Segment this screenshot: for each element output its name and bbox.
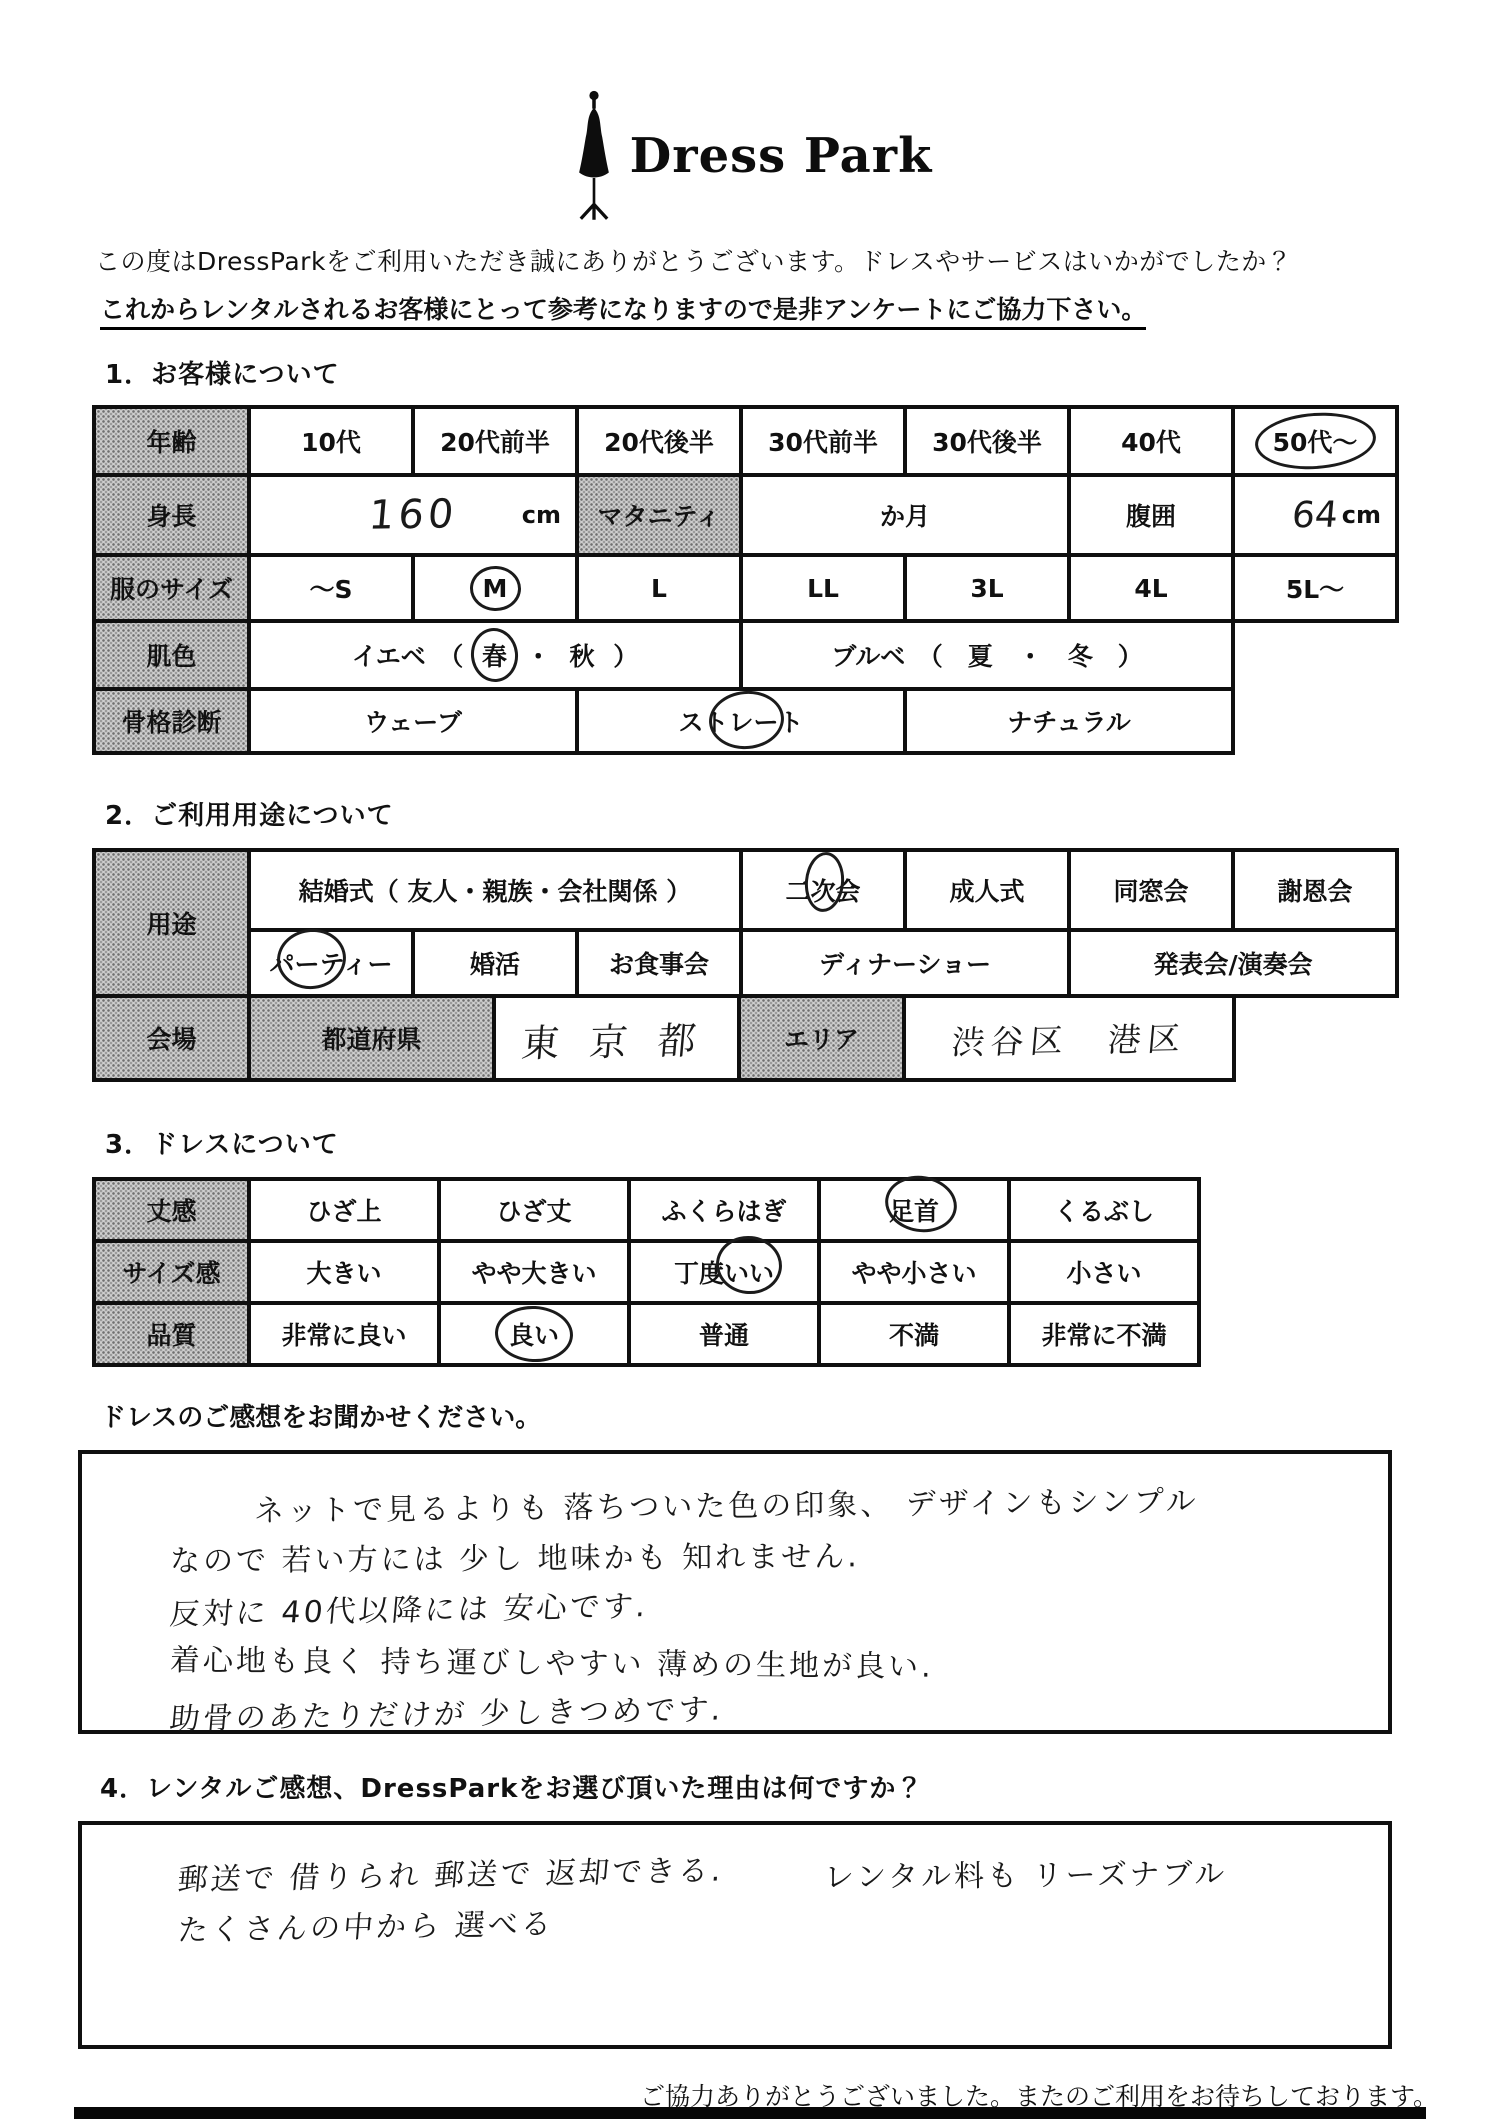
age-option-late20s: 20代後半 [577, 407, 741, 475]
quality-option-normal: 普通 [629, 1303, 819, 1365]
dress-comment-line: 着心地も良く 持ち運びしやすい 薄めの生地が良い. [82, 1634, 934, 1693]
age-option-50s-selected: 50代～ [1233, 407, 1397, 475]
maternity-label-cell: マタニティ [577, 475, 741, 555]
fit-option-just-right-selected: 丁度いい [629, 1241, 819, 1303]
selection-circle-mark: パーティー [269, 945, 392, 981]
yellow-base-text: イエベ （ [352, 642, 464, 671]
customer-table-bottom: 肌色 イエベ （ 春 ・ 秋 ） ブルベ （ 夏 ・ 冬 ） 骨格診断 ウェーブ… [92, 619, 1235, 755]
paren-text: ） [613, 642, 638, 671]
brand-text: Dress Park [630, 128, 933, 184]
quality-option-unsatisfied: 不満 [819, 1303, 1009, 1365]
rental-comment-box: 郵送で 借りられ 郵送で 返却できる. レンタル料も リーズナブル たくさんの中… [78, 1821, 1392, 2049]
quality-option-very-good: 非常に良い [249, 1303, 439, 1365]
age-label-cell: 年齢 [94, 407, 249, 475]
venue-table: 会場 都道府県 東京都 エリア 渋谷区 港区 [92, 994, 1236, 1082]
dress-comment-line: なので 若い方には 少し 地味かも 知れません. [82, 1531, 860, 1588]
fit-label-cell: サイズ感 [94, 1241, 249, 1303]
fit-option-big: 大きい [249, 1241, 439, 1303]
purpose-option-wedding: 結婚式（ 友人・親族・会社関係 ） [249, 850, 741, 930]
intro-thanks-text: この度はDressParkをご利用いただき誠にありがとうございます。ドレスやサー… [95, 242, 1500, 278]
length-row: 丈感 ひざ上 ひざ丈 ふくらはぎ 足首 くるぶし [94, 1179, 1199, 1241]
skeleton-option-natural: ナチュラル [905, 689, 1233, 753]
logo: Dress Park [0, 86, 1500, 226]
dress-comment-box: ネットで見るよりも 落ちついた色の印象、 デザインもシンプル なので 若い方には… [78, 1450, 1392, 1734]
section3-heading: 3．ドレスについて [105, 1124, 1500, 1161]
height-value-cell: 160 cm [249, 475, 577, 555]
size-option-m-selected: M [413, 555, 577, 621]
area-handwritten-value: 渋谷区 港区 [950, 1012, 1189, 1063]
section4-heading: 4．レンタルご感想、DressParkをお選び頂いた理由は何ですか？ [100, 1768, 1500, 1805]
purpose-option-dinner-show: ディナーショー [741, 930, 1069, 996]
purpose-option-coming-of-age: 成人式 [905, 850, 1069, 930]
purpose-option-reunion: 同窓会 [1069, 850, 1233, 930]
waist-unit-label: cm [1342, 501, 1381, 529]
quality-row: 品質 非常に良い 良い 普通 不満 非常に不満 [94, 1303, 1199, 1365]
prefecture-handwritten-value: 東京都 [504, 1009, 728, 1068]
age-option-late30s: 30代後半 [905, 407, 1069, 475]
purpose-option-recital: 発表会/演奏会 [1069, 930, 1397, 996]
fit-option-small: 小さい [1009, 1241, 1199, 1303]
length-option-knee: ひざ丈 [439, 1179, 629, 1241]
size-option-3l: 3L [905, 555, 1069, 621]
selection-circle-mark: 50代～ [1273, 423, 1358, 459]
venue-label-cell: 会場 [94, 996, 249, 1080]
skin-tone-blue-cell: ブルベ （ 夏 ・ 冬 ） [741, 621, 1233, 689]
age-row: 年齢 10代 20代前半 20代後半 30代前半 30代後半 40代 50代～ [94, 407, 1397, 475]
quality-option-very-unsatisfied: 非常に不満 [1009, 1303, 1199, 1365]
waist-value-cell: 64 cm [1233, 475, 1397, 555]
length-option-calf: ふくらはぎ [629, 1179, 819, 1241]
height-label-cell: 身長 [94, 475, 249, 555]
age-option-10s: 10代 [249, 407, 413, 475]
dress-comment-line: 反対に 40代以降には 安心です. [79, 1581, 650, 1643]
length-option-ankle-selected: 足首 [819, 1179, 1009, 1241]
size-row: 服のサイズ ～S M L LL 3L 4L 5L～ [94, 555, 1397, 621]
age-option-early30s: 30代前半 [741, 407, 905, 475]
height-handwritten-value: 160 [367, 491, 460, 539]
area-label-cell: エリア [739, 996, 904, 1080]
dress-table: 丈感 ひざ上 ひざ丈 ふくらはぎ 足首 くるぶし サイズ感 大きい やや大きい … [92, 1177, 1201, 1367]
section1-heading: 1．お客様について [105, 354, 1500, 391]
intro-request-text: これからレンタルされるお客様にとって参考になりますので是非アンケートにご協力下さ… [100, 290, 1500, 326]
quality-option-good-selected: 良い [439, 1303, 629, 1365]
purpose-table: 用途 結婚式（ 友人・親族・会社関係 ） 二次会 成人式 同窓会 謝恩会 パーテ… [92, 848, 1399, 998]
length-option-above-knee: ひざ上 [249, 1179, 439, 1241]
scanned-survey-page: Dress Park この度はDressParkをご利用いただき誠にありがとうご… [0, 0, 1500, 2127]
prefecture-value-cell: 東京都 [494, 996, 739, 1080]
length-label-cell: 丈感 [94, 1179, 249, 1241]
skeleton-option-wave: ウェーブ [249, 689, 577, 753]
rental-comment-line: たくさんの中から 選べる [79, 1899, 556, 1959]
selection-circle-mark: ストレート [679, 703, 804, 739]
area-value-cell: 渋谷区 港区 [904, 996, 1234, 1080]
dress-comment-line: ネットで見るよりも 落ちついた色の印象、 デザインもシンプル [82, 1476, 1199, 1540]
purpose-option-afterparty-selected: 二次会 [741, 850, 905, 930]
purpose-label-cell: 用途 [94, 850, 249, 996]
purpose-option-thanks-party: 謝恩会 [1233, 850, 1397, 930]
age-option-early20s: 20代前半 [413, 407, 577, 475]
fit-option-slightly-big: やや大きい [439, 1241, 629, 1303]
dress-comment-prompt: ドレスのご感想をお聞かせください。 [100, 1397, 1500, 1434]
age-option-40s: 40代 [1069, 407, 1233, 475]
height-unit-label: cm [522, 501, 561, 529]
size-option-s: ～S [249, 555, 413, 621]
selection-circle-mark: 春 [482, 637, 507, 673]
quality-label-cell: 品質 [94, 1303, 249, 1365]
selection-circle-mark: 丁度いい [674, 1254, 774, 1290]
size-option-5l: 5L～ [1233, 555, 1397, 621]
purpose-option-dinner: お食事会 [577, 930, 741, 996]
purpose-row-1: 用途 結婚式（ 友人・親族・会社関係 ） 二次会 成人式 同窓会 謝恩会 [94, 850, 1397, 930]
rental-comment-line: 郵送で 借りられ 郵送で 返却できる. [79, 1845, 726, 1908]
skeleton-label-cell: 骨格診断 [94, 689, 249, 753]
venue-row: 会場 都道府県 東京都 エリア 渋谷区 港区 [94, 996, 1234, 1080]
purpose-option-konkatsu: 婚活 [413, 930, 577, 996]
selection-circle-mark: 足首 [889, 1192, 939, 1228]
customer-table-top: 年齢 10代 20代前半 20代後半 30代前半 30代後半 40代 50代～ … [92, 405, 1399, 623]
section2-heading: 2．ご利用用途について [105, 795, 1500, 832]
size-label-cell: 服のサイズ [94, 555, 249, 621]
skin-tone-label-cell: 肌色 [94, 621, 249, 689]
selection-circle-mark: 二次会 [786, 872, 861, 908]
skin-tone-row: 肌色 イエベ （ 春 ・ 秋 ） ブルベ （ 夏 ・ 冬 ） [94, 621, 1233, 689]
waist-label-cell: 腹囲 [1069, 475, 1233, 555]
length-option-anklebone: くるぶし [1009, 1179, 1199, 1241]
maternity-months-cell: か月 [741, 475, 1069, 555]
separator-dot: ・ [526, 642, 551, 671]
fit-option-slightly-small: やや小さい [819, 1241, 1009, 1303]
rental-comment-line: レンタル料も リーズナブル [728, 1849, 1228, 1905]
dress-comment-line: 助骨のあたりだけが 少しきつめです. [79, 1684, 726, 1747]
size-option-ll: LL [741, 555, 905, 621]
purpose-option-party-selected: パーティー [249, 930, 413, 996]
size-option-4l: 4L [1069, 555, 1233, 621]
scan-edge-artifact [74, 2107, 1426, 2119]
prefecture-label-cell: 都道府県 [249, 996, 494, 1080]
skin-tone-yellow-cell: イエベ （ 春 ・ 秋 ） [249, 621, 741, 689]
size-option-l: L [577, 555, 741, 621]
autumn-text: 秋 [569, 642, 594, 671]
fit-row: サイズ感 大きい やや大きい 丁度いい やや小さい 小さい [94, 1241, 1199, 1303]
skeleton-row: 骨格診断 ウェーブ ストレート ナチュラル [94, 689, 1233, 753]
dress-form-icon [568, 90, 620, 222]
height-maternity-row: 身長 160 cm マタニティ か月 腹囲 64 cm [94, 475, 1397, 555]
selection-circle-mark: M [483, 574, 508, 603]
selection-circle-mark: 良い [509, 1316, 559, 1352]
purpose-row-2: パーティー 婚活 お食事会 ディナーショー 発表会/演奏会 [94, 930, 1397, 996]
skeleton-option-straight-selected: ストレート [577, 689, 905, 753]
waist-handwritten-value: 64 [1290, 494, 1339, 536]
